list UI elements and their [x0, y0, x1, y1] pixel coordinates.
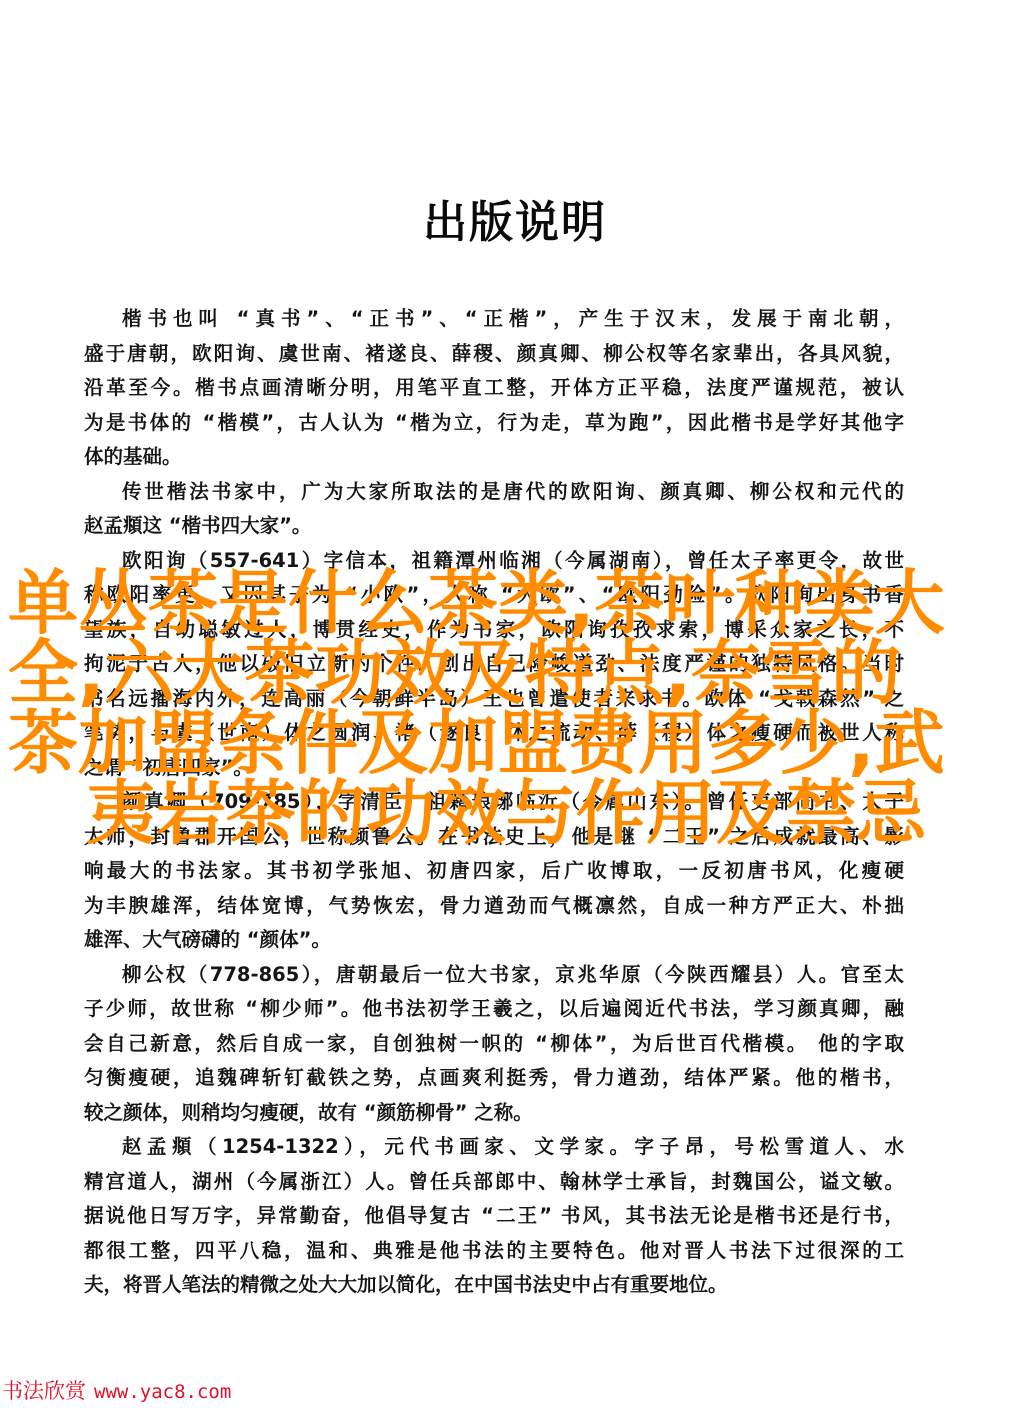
paragraph-line: 精宫道人，湖州（今属浙江）人。曾任兵部郎中、翰林学士承旨，封魏国公，谥文敏。 — [84, 1165, 904, 1200]
paragraph-line: 欧阳询（557-641）字信本，祖籍潭州临湘（今属湖南），曾任太子率更令，故世 — [84, 544, 904, 579]
paragraph-line: 为是书体的 “楷模”，古人认为 “楷为立，行为走，草为跑”，因此楷书是学好其他字 — [84, 406, 904, 441]
paragraph-line: 匀衡瘦硬，追魏碑斩钉截铁之势，点画爽利挺秀，骨力遒劲，结体严紧。他的楷书， — [84, 1061, 904, 1096]
paragraph-line: 盛于唐朝，欧阳询、虞世南、褚遂良、薛稷、颜真卿、柳公权等名家辈出，各具风貌， — [84, 337, 904, 372]
paragraph-line: 颜真卿（709-785），字清臣，祖籍琅琊临沂（今属山东）。曾任吏部尚书、太子 — [84, 785, 904, 820]
paragraph-line: 较之颜体，则稍均匀瘦硬，故有 “颜筋柳骨” 之称。 — [84, 1096, 904, 1131]
paragraph-line: 称欧阳率更。又因其子为 “小欧”，人称 “大欧”、“欧阳劲险”。欧阳询出身书香 — [84, 578, 904, 613]
paragraph-line: 雄浑、大气磅礴的 “颜体”。 — [84, 923, 904, 958]
paragraph-line: 据说他日写万字，异常勤奋，他倡导复古 “二王” 书风，其书法无论是楷书还是行书， — [84, 1199, 904, 1234]
site-watermark: 书法欣赏www.yac8.com — [2, 1375, 231, 1405]
paragraph-line: 望族，自幼聪敏过人，博贯经史，作为书家，欧阳询孜孜求索，博采众家之长，不 — [84, 613, 904, 648]
paragraph-line: 拘泥于古人，他以破旧立新的个性，创出自己险峻遒劲、法度严谨的独特风格。当时 — [84, 647, 904, 682]
watermark-label: 书法欣赏 — [2, 1379, 86, 1403]
paragraph-line: 子少师，故世称 “柳少师”。他书法初学王羲之，以后遍阅近代书法，学习颜真卿，融 — [84, 992, 904, 1027]
paragraph-line: 为丰腴雄浑，结体宽博，气势恢宏，骨力遒劲而气概凛然，自成一种方严正大、朴拙 — [84, 889, 904, 924]
paragraph-line: 传世楷法书家中，广为大家所取法的是唐代的欧阳询、颜真卿、柳公权和元代的 — [84, 475, 904, 510]
watermark-url: www.yac8.com — [94, 1381, 231, 1403]
paragraph-line: 沿革至今。楷书点画清晰分明，用笔平直工整，开体方正平稳，法度严谨规范，被认 — [84, 371, 904, 406]
paragraph-line: 书名远播海内外，连高丽（今朝鲜半岛）王也曾遣使者来求书。欧体 “戈戟森然” 之 — [84, 682, 904, 717]
paragraph-line: 赵孟頫（1254-1322），元代书画家、文学家。字子昂，号松雪道人、水 — [84, 1130, 904, 1165]
paragraph-line: 都很工整，四平八稳，温和、典雅是他书法的主要特色。他对晋人书法下过很深的工 — [84, 1234, 904, 1269]
document-body: 楷书也叫 “真书”、“正书”、“正楷”，产生于汉末，发展于南北朝， 盛于唐朝，欧… — [84, 302, 904, 1303]
paragraph-line: 会自己新意，然后自成一家，自创独树一帜的 “柳体”，为后世百代楷模。 他的字取 — [84, 1027, 904, 1062]
paragraph-line: 太师，封鲁郡开国公，世称颜鲁公。在书法史上，他是继 “二王” 之后成就最高、影 — [84, 820, 904, 855]
paragraph-line: 之谓 “初唐四家”。 — [84, 751, 904, 786]
paragraph-line: 笔势，与虞（世南）体之圆润、褚（遂良）体之流动、薛（稷）体之瘦硬而被世人称 — [84, 716, 904, 751]
paragraph-line: 柳公权（778-865），唐朝最后一位大书家，京兆华原（今陕西耀县）人。官至太 — [84, 958, 904, 993]
paragraph-line: 赵孟頫这 “楷书四大家”。 — [84, 509, 904, 544]
paragraph-line: 体的基础。 — [84, 440, 904, 475]
scanned-document-page: 出版说明 楷书也叫 “真书”、“正书”、“正楷”，产生于汉末，发展于南北朝， 盛… — [0, 0, 1030, 1416]
page-title: 出版说明 — [0, 186, 1030, 250]
paragraph-line: 响最大的书法家。其书初学张旭、初唐四家，后广收博取，一反初唐书风，化瘦硬 — [84, 854, 904, 889]
paragraph-line: 楷书也叫 “真书”、“正书”、“正楷”，产生于汉末，发展于南北朝， — [84, 302, 904, 337]
paragraph-line: 夫，将晋人笔法的精微之处大大加以简化，在中国书法史中占有重要地位。 — [84, 1268, 904, 1303]
